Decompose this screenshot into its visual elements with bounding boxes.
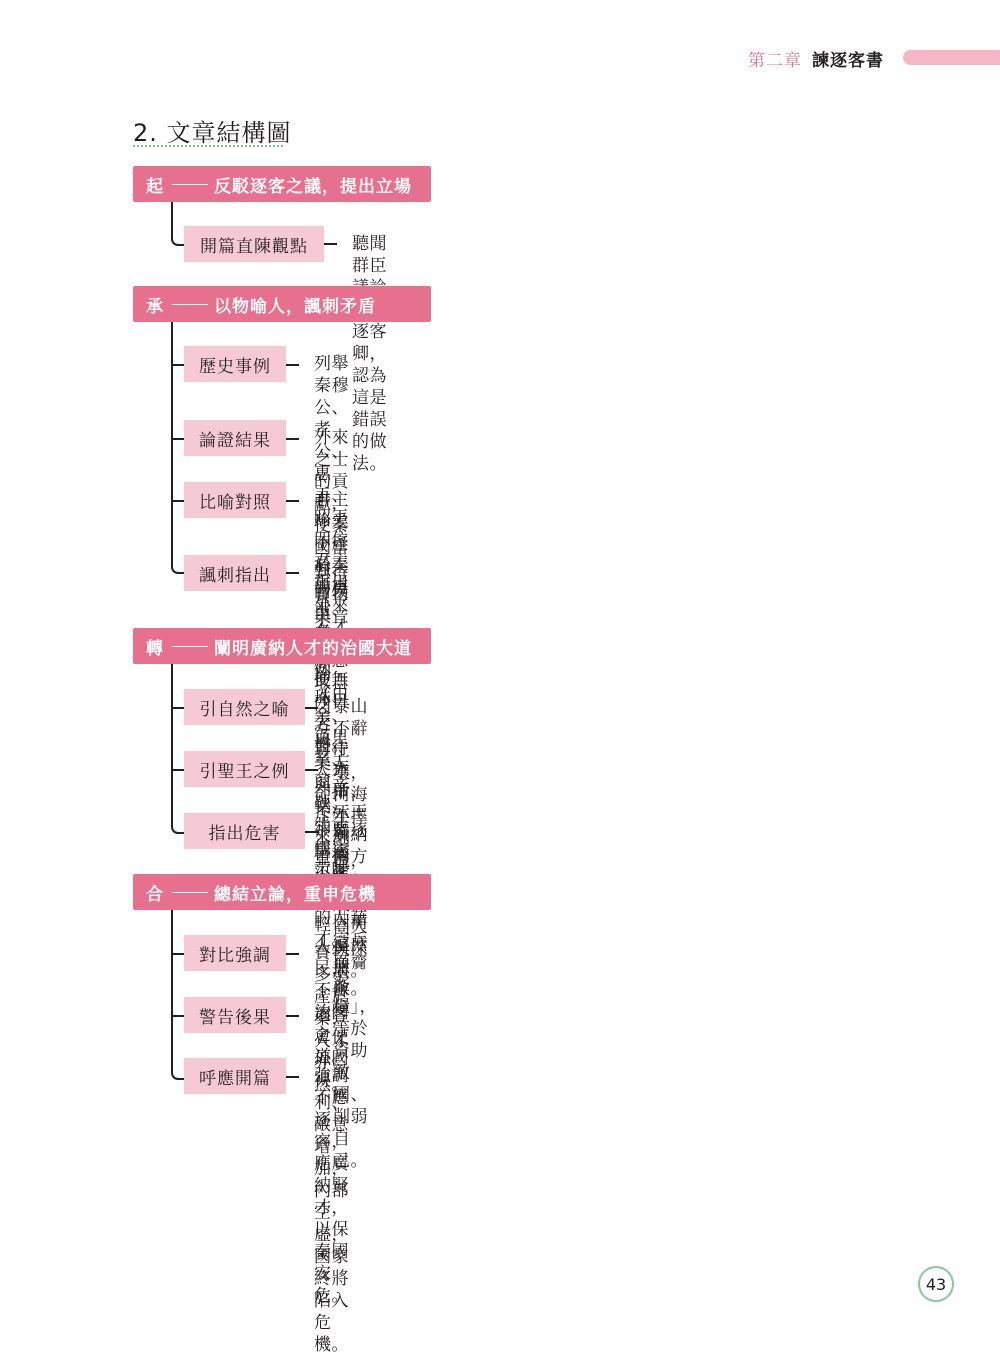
block-heading: 以物喻人，諷刺矛盾 — [214, 292, 376, 317]
connector-elbow — [171, 564, 185, 574]
label-box: 引聖王之例 — [184, 751, 305, 787]
connector-branch — [171, 1015, 184, 1017]
item-description: 強調不應逐客，應廣納賢才，以保秦國安危。 — [314, 1065, 349, 1307]
section-title-underline — [133, 145, 283, 147]
block-heading: 總結立論，重申危機 — [214, 880, 376, 905]
header-decor-pill — [903, 50, 1000, 65]
connector-elbow — [171, 236, 185, 246]
dash-line — [172, 646, 208, 647]
block-key: 承 — [146, 292, 164, 317]
connector-elbow — [171, 824, 185, 834]
label-box: 警告後果 — [184, 997, 286, 1033]
block-key: 轉 — [146, 634, 164, 659]
chapter-label: 第二章 — [748, 46, 802, 71]
dash-connector — [305, 769, 318, 771]
dash-line — [172, 184, 208, 185]
block-header: 起 反駁逐客之議，提出立場 — [133, 166, 431, 202]
block-header: 合 總結立論，重申危機 — [133, 874, 431, 910]
dash-connector — [324, 243, 337, 245]
label-box: 引自然之喻 — [184, 689, 305, 725]
connector-vertical — [171, 322, 173, 564]
label-box: 指出危害 — [184, 813, 305, 849]
dash-connector — [305, 707, 318, 709]
block-key: 起 — [146, 172, 164, 197]
connector-vertical — [171, 910, 173, 1070]
dash-connector — [286, 953, 299, 955]
label-box: 論證結果 — [184, 420, 286, 456]
block-heading: 反駁逐客之議，提出立場 — [214, 172, 412, 197]
block-header: 承 以物喻人，諷刺矛盾 — [133, 286, 431, 322]
block-heading: 闡明廣納人才的治國大道 — [214, 634, 412, 659]
page-number: 43 — [918, 1266, 954, 1302]
dash-line — [172, 304, 208, 305]
block-header: 轉 闡明廣納人才的治國大道 — [133, 628, 431, 664]
dash-connector — [286, 438, 299, 440]
dash-connector — [305, 831, 318, 833]
connector-branch — [171, 364, 184, 366]
dash-connector — [286, 500, 299, 502]
label-box: 對比強調 — [184, 935, 286, 971]
dash-connector — [286, 1076, 299, 1078]
connector-vertical — [171, 664, 173, 824]
desc-line: 強調不應逐客，應廣納賢才，以保秦國安危。 — [314, 1065, 349, 1307]
label-box: 呼應開篇 — [184, 1058, 286, 1094]
dash-connector — [286, 572, 299, 574]
block-key: 合 — [146, 880, 164, 905]
running-head: 第二章 諫逐客書 — [748, 44, 884, 72]
connector-branch — [171, 953, 184, 955]
connector-branch — [171, 769, 184, 771]
label-box: 諷刺指出 — [184, 555, 286, 591]
label-box: 開篇直陳觀點 — [184, 226, 324, 262]
label-box: 比喻對照 — [184, 482, 286, 518]
connector-elbow — [171, 1070, 185, 1080]
label-box: 歷史事例 — [184, 346, 286, 382]
connector-branch — [171, 707, 184, 709]
dash-connector — [286, 364, 299, 366]
connector-vertical — [171, 202, 173, 238]
connector-branch — [171, 500, 184, 502]
dash-line — [172, 892, 208, 893]
connector-branch — [171, 438, 184, 440]
dash-connector — [286, 1015, 299, 1017]
chapter-title: 諫逐客書 — [812, 46, 884, 71]
section-title: 2. 文章結構圖 — [133, 113, 292, 148]
